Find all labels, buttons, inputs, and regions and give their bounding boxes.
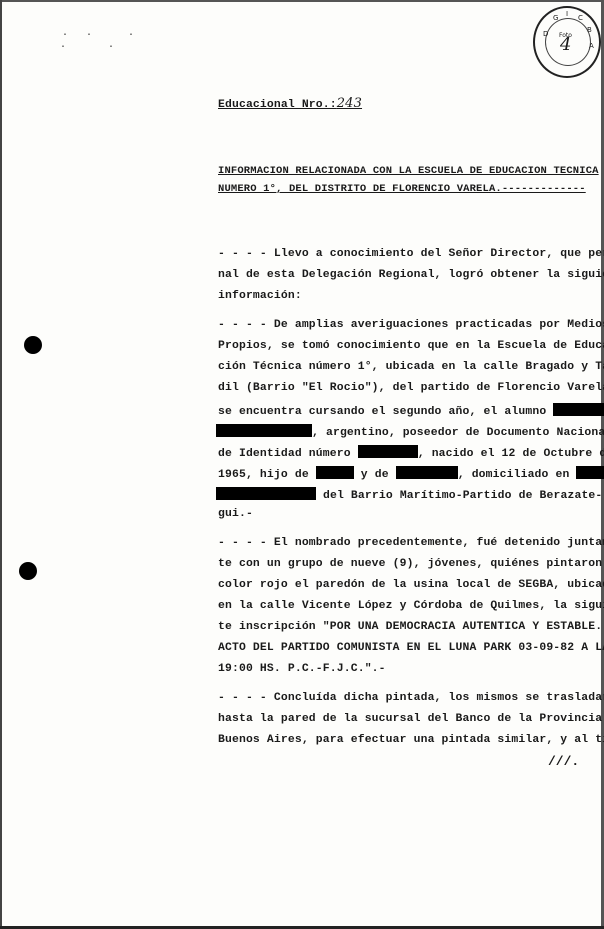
text-line: dil (Barrio "El Rocio"), del partido de … bbox=[218, 382, 604, 394]
text-line: - - - - Concluída dicha pintada, los mis… bbox=[218, 692, 604, 704]
text-line: te con un grupo de nueve (9), jóvenes, q… bbox=[218, 558, 604, 570]
redaction-bar bbox=[316, 466, 354, 479]
text-line: te inscripción "POR UNA DEMOCRACIA AUTEN… bbox=[218, 621, 604, 633]
text-line: nal de esta Delegación Regional, logró o… bbox=[218, 269, 604, 281]
text-line: - - - - El nombrado precedentemente, fué… bbox=[218, 537, 604, 549]
punch-hole-icon bbox=[19, 562, 37, 580]
title-line: NUMERO 1°, DEL DISTRITO DE FLORENCIO VAR… bbox=[218, 183, 586, 195]
text-line: - - - - Llevo a conocimiento del Señor D… bbox=[218, 248, 604, 260]
page-edge-left bbox=[0, 0, 2, 929]
ink-specks: · · bbox=[60, 42, 114, 53]
text-line: se encuentra cursando el segundo año, el… bbox=[218, 403, 604, 418]
text-line: del Barrio Marítimo-Partido de Berazate-… bbox=[216, 487, 604, 502]
redaction-bar bbox=[576, 466, 604, 479]
stamp-number: 4 bbox=[560, 34, 571, 55]
text-line: gui.- bbox=[218, 508, 253, 520]
redaction-bar bbox=[216, 487, 316, 500]
page-edge-top bbox=[0, 0, 604, 2]
text-line: - - - - De amplias averiguaciones practi… bbox=[218, 319, 604, 331]
continuation-mark: ///. bbox=[548, 754, 579, 769]
text-line: color rojo el paredón de la usina local … bbox=[218, 579, 604, 591]
ink-specks: · · · bbox=[62, 30, 134, 41]
text-line: ción Técnica número 1°, ubicada en la ca… bbox=[218, 361, 604, 373]
archive-stamp: D G I C B A Foto 4 bbox=[533, 6, 601, 78]
reference-number: 243 bbox=[337, 96, 362, 111]
text-line: Buenos Aires, para efectuar una pintada … bbox=[218, 734, 604, 746]
reference-label: Educacional Nro.: bbox=[218, 99, 337, 111]
text-line: 1965, hijo de y de , domiciliado en bbox=[218, 466, 604, 481]
redaction-bar bbox=[358, 445, 418, 458]
redaction-bar bbox=[553, 403, 604, 416]
reference-line: Educacional Nro.:243 bbox=[218, 96, 362, 111]
text-line: en la calle Vicente López y Córdoba de Q… bbox=[218, 600, 604, 612]
text-line: , argentino, poseedor de Documento Nacio… bbox=[216, 424, 604, 439]
text-line: 19:00 HS. P.C.-F.J.C.".- bbox=[218, 663, 386, 675]
punch-hole-icon bbox=[24, 336, 42, 354]
text-line: de Identidad número , nacido el 12 de Oc… bbox=[218, 445, 604, 460]
redaction-bar bbox=[396, 466, 458, 479]
text-line: Propios, se tomó conocimiento que en la … bbox=[218, 340, 604, 352]
redaction-bar bbox=[216, 424, 312, 437]
text-line: información: bbox=[218, 290, 302, 302]
text-line: ACTO DEL PARTIDO COMUNISTA EN EL LUNA PA… bbox=[218, 642, 604, 654]
text-line: hasta la pared de la sucursal del Banco … bbox=[218, 713, 604, 725]
title-line: INFORMACION RELACIONADA CON LA ESCUELA D… bbox=[218, 165, 599, 177]
